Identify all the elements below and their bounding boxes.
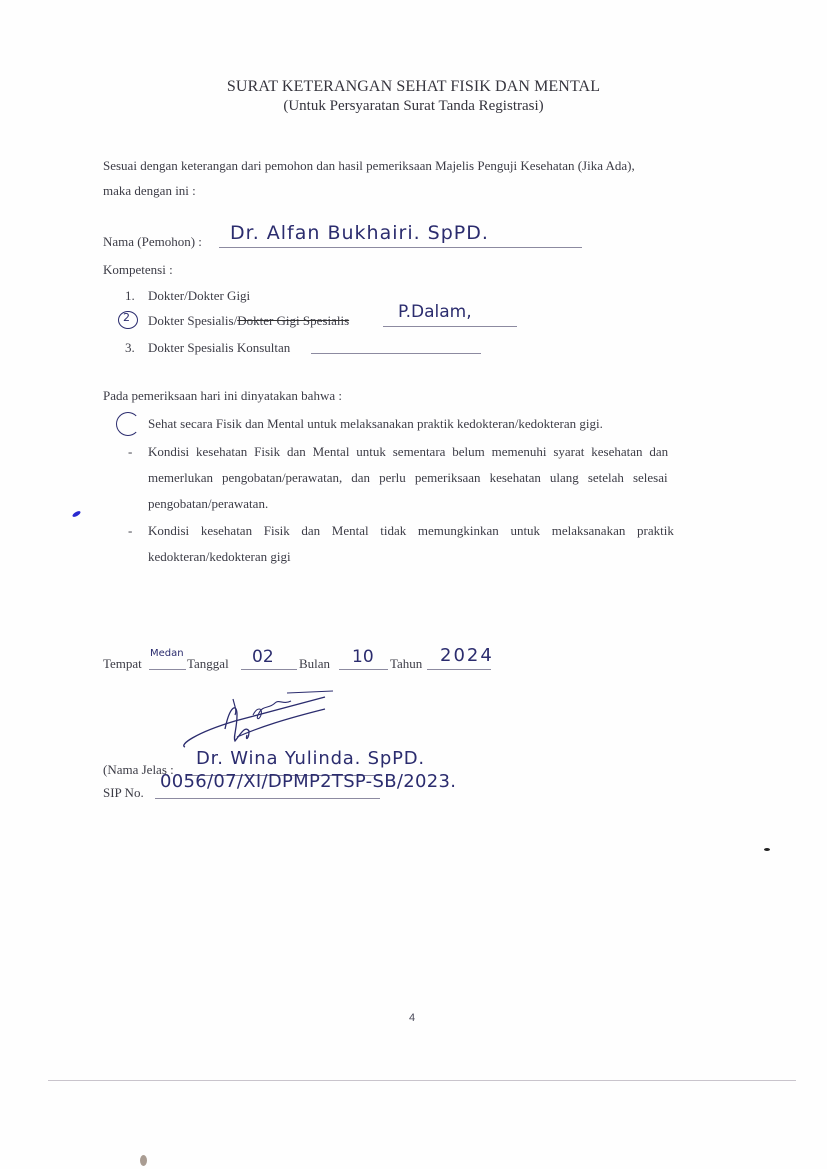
page-number: 4 xyxy=(409,1012,415,1024)
competence-item-2-number: 2 xyxy=(123,311,130,324)
competence-label: Kompetensi : xyxy=(103,262,173,278)
competence-item-3-number: 3. xyxy=(125,340,135,356)
day-label: Tanggal xyxy=(187,656,229,672)
intro-line-2: maka dengan ini : xyxy=(103,183,196,199)
exam-option-3-marker: - xyxy=(128,523,132,539)
scan-speck xyxy=(764,848,770,851)
competence-item-2-field-line xyxy=(383,326,517,327)
document-title: SURAT KETERANGAN SEHAT FISIK DAN MENTAL xyxy=(0,78,827,96)
exam-option-1: Sehat secara Fisik dan Mental untuk mela… xyxy=(148,416,603,432)
year-field-line xyxy=(427,669,491,670)
place-value[interactable]: Medan xyxy=(150,648,184,659)
year-label: Tahun xyxy=(390,656,422,672)
selection-circle-mark xyxy=(116,412,140,436)
sip-label: SIP No. xyxy=(103,785,144,801)
applicant-name-value[interactable]: Dr. Alfan Bukhairi. SpPD. xyxy=(230,222,489,244)
applicant-field-line xyxy=(219,247,582,248)
signer-name-value[interactable]: Dr. Wina Yulinda. SpPD. xyxy=(196,748,425,769)
exam-option-2-line-1: Kondisi kesehatan Fisik dan Mental untuk… xyxy=(148,444,668,460)
exam-option-2-line-3: pengobatan/perawatan. xyxy=(148,496,268,512)
exam-option-3-line-2: kedokteran/kedokteran gigi xyxy=(148,549,291,565)
applicant-label: Nama (Pemohon) : xyxy=(103,234,202,250)
sip-field-line xyxy=(155,798,380,799)
document-subtitle: (Untuk Persyaratan Surat Tanda Registras… xyxy=(0,98,827,115)
month-value[interactable]: 10 xyxy=(352,647,374,667)
competence-item-1-number: 1. xyxy=(125,288,135,304)
year-value[interactable]: 2024 xyxy=(440,645,494,666)
month-field-line xyxy=(339,669,388,670)
place-field-line xyxy=(149,669,186,670)
scan-speck xyxy=(72,510,82,518)
day-field-line xyxy=(241,669,297,670)
competence-item-2-text: Dokter Spesialis/ xyxy=(148,313,237,328)
competence-item-2-struck: Dokter Gigi Spesialis xyxy=(237,313,349,328)
examination-label: Pada pemeriksaan hari ini dinyatakan bah… xyxy=(103,388,342,404)
footer-divider xyxy=(48,1080,796,1081)
sip-number-value[interactable]: 0056/07/XI/DPMP2TSP-SB/2023. xyxy=(160,771,456,792)
exam-option-2-marker: - xyxy=(128,444,132,460)
competence-item-2-fill[interactable]: P.Dalam, xyxy=(398,302,472,322)
competence-item-2: Dokter Spesialis/Dokter Gigi Spesialis xyxy=(148,313,349,329)
signature-icon xyxy=(175,685,335,755)
exam-option-2-line-2: memerlukan pengobatan/perawatan, dan per… xyxy=(148,470,668,486)
competence-item-1: Dokter/Dokter Gigi xyxy=(148,288,250,304)
day-value[interactable]: 02 xyxy=(252,647,274,667)
scan-speck xyxy=(140,1155,147,1166)
exam-option-3-line-1: Kondisi kesehatan Fisik dan Mental tidak… xyxy=(148,523,674,539)
intro-line-1: Sesuai dengan keterangan dari pemohon da… xyxy=(103,158,635,174)
month-label: Bulan xyxy=(299,656,330,672)
competence-item-3: Dokter Spesialis Konsultan xyxy=(148,340,290,356)
competence-item-3-field-line[interactable] xyxy=(311,353,481,354)
place-label: Tempat xyxy=(103,656,142,672)
